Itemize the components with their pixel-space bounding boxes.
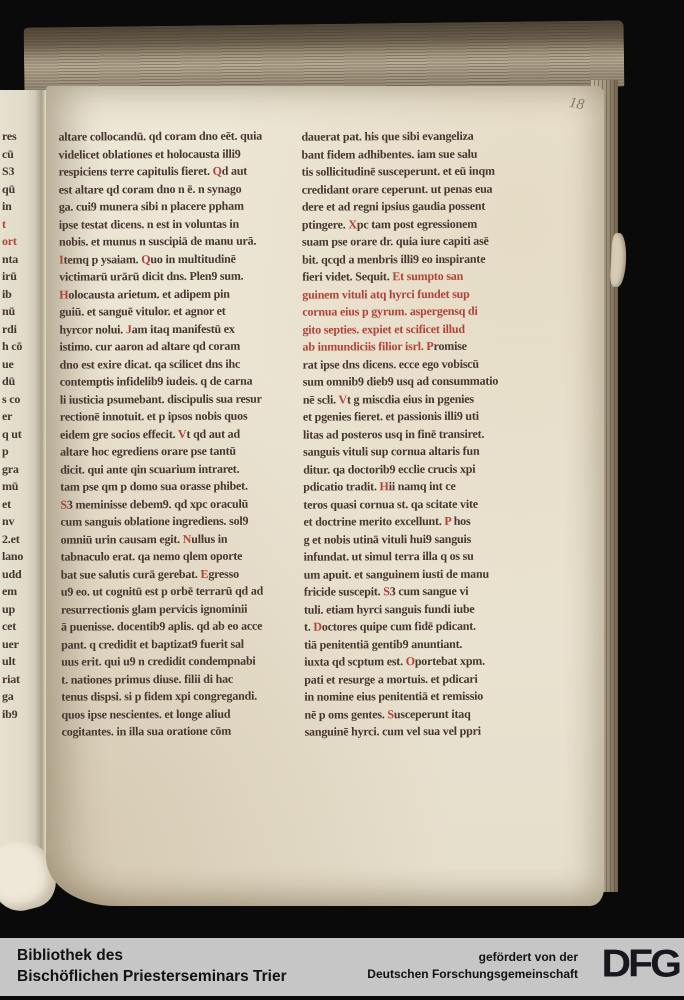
- manuscript-line: u9 eo. ut cognitū est p orbē terrarū qd …: [61, 582, 303, 601]
- manuscript-line: altare collocandū. qd coram dno eēt. qui…: [58, 127, 300, 146]
- manuscript-line: sanguinē hyrci. cum vel sua vel ppri: [305, 722, 561, 741]
- manuscript-line: iuxta qd scptum est. Oportebat xpm.: [304, 652, 560, 671]
- gutter-fragment: et: [2, 496, 23, 514]
- manuscript-line: dere et ad regni ipsius gaudia possent: [302, 197, 558, 216]
- manuscript-line: cornua eius p gyrum. aspergensq di: [302, 302, 558, 321]
- manuscript-line: dauerat pat. his que sibi evangeliza: [301, 127, 557, 146]
- gutter-fragment: nū: [2, 303, 23, 321]
- gutter-fragment: S3: [2, 163, 23, 181]
- manuscript-line: guiū. et sanguē vitulor. et agnor et: [59, 302, 301, 321]
- gutter-fragment: ib: [2, 286, 23, 304]
- gutter-fragment: lano: [2, 548, 23, 566]
- manuscript-line: tuli. etiam hyrci sanguis fundi iube: [304, 600, 560, 619]
- manuscript-line: in nomine eius penitentiā et remissio: [304, 687, 560, 706]
- gutter-fragment: p: [2, 443, 23, 461]
- manuscript-line: ga. cui9 munera sibi n placere ppham: [59, 197, 301, 216]
- manuscript-line: uus erit. qui u9 n credidit condempnabi: [61, 652, 303, 671]
- manuscript-line: nē p oms gentes. Susceperunt itaq: [304, 705, 560, 724]
- manuscript-line: hyrcor nolui. Jam itaq manifestū ex: [59, 320, 301, 339]
- funding-credit: gefördert von der Deutschen Forschungsge…: [367, 949, 578, 982]
- gutter-fragment: 2.et: [2, 531, 23, 549]
- text-column-left: altare collocandū. qd coram dno eēt. qui…: [58, 127, 303, 741]
- manuscript-line: um apuit. et sanguinem iusti de manu: [304, 565, 560, 584]
- gutter-fragment: nv: [2, 513, 23, 531]
- manuscript-line: quos ipse nescientes. et longe aliud: [61, 705, 303, 724]
- manuscript-line: t. nationes primus diuse. filii di hac: [61, 670, 303, 689]
- dfg-logo: DFG: [601, 941, 679, 986]
- gutter-pages: rescūS3qūintortntairūibnūrdih cōuedūs co…: [0, 90, 52, 874]
- gutter-fragment: em: [2, 583, 23, 601]
- manuscript-line: omniū urin causam egit. Nullus in: [61, 530, 303, 549]
- manuscript-line: sum omnib9 dieb9 usq ad consummatio: [303, 372, 559, 391]
- library-line1: Bibliothek des: [17, 945, 287, 966]
- manuscript-line: infundat. ut simul terra illa q os su: [304, 547, 560, 566]
- gutter-fragment: ga: [2, 688, 23, 706]
- gutter-fragment: h cō: [2, 338, 23, 356]
- manuscript-line: fricide suscepit. S3 cum sangue vi: [304, 582, 560, 601]
- gutter-fragment: s co: [2, 391, 23, 409]
- gutter-fragment: rdi: [2, 321, 23, 339]
- manuscript-line: suam pse orare dr. quia iure capiti asē: [302, 232, 558, 251]
- manuscript-line: istimo. cur aaron ad altare qd coram: [59, 337, 301, 356]
- manuscript-line: sanguis vituli sup cornua altaris fun: [303, 442, 559, 461]
- manuscript-line: tis sollicitudinē susceperunt. et eū inq…: [302, 162, 558, 181]
- gutter-fragment: er: [2, 408, 23, 426]
- manuscript-line: est altare qd coram dno n ē. n synago: [59, 180, 301, 199]
- manuscript-line: nobis. et munus n suscipiā de manu urā.: [59, 232, 301, 251]
- book-top-edge: [24, 20, 625, 93]
- manuscript-line: pati et resurge a mortuis. et pdicari: [304, 670, 560, 689]
- manuscript-line: dno est exire dicat. qa scilicet dns ihc: [60, 355, 302, 374]
- gutter-fragment: ib9: [2, 706, 23, 724]
- manuscript-line: ipse testat dicens. n est in voluntas in: [59, 215, 301, 234]
- funding-line1: gefördert von der: [367, 949, 578, 966]
- gutter-fragment: ult: [2, 653, 23, 671]
- manuscript-line: g et nobis utinā vituli hui9 sanguis: [304, 530, 560, 549]
- gutter-fragment: nta: [2, 251, 23, 269]
- manuscript-line: li iusticia psumebant. discipulis sua re…: [60, 390, 302, 409]
- manuscript-line: teros quasi cornua st. qa scitate vite: [303, 495, 559, 514]
- manuscript-line: t. Doctores quipe cum fidē pdicant.: [304, 617, 560, 636]
- manuscript-line: Holocausta arietum. et adipem pin: [59, 285, 301, 304]
- manuscript-line: tiā penitentiā gentib9 anuntiant.: [304, 635, 560, 654]
- manuscript-page: 18 altare collocandū. qd coram dno eēt. …: [46, 86, 604, 906]
- manuscript-line: cum sanguis oblatione ingrediens. sol9: [60, 512, 302, 531]
- gutter-fragment: ue: [2, 356, 23, 374]
- manuscript-line: et doctrine merito excellunt. P hos: [303, 512, 559, 531]
- gutter-fragment: dū: [2, 373, 23, 391]
- gutter-fragment: gra: [2, 461, 23, 479]
- manuscript-line: gito septies. expiet et scificet illud: [302, 320, 558, 339]
- manuscript-line: fieri videt. Sequit. Et sumpto san: [302, 267, 558, 286]
- gutter-fragment: up: [2, 601, 23, 619]
- manuscript-line: cogitantes. in illa sua oratione cōm: [62, 722, 304, 741]
- manuscript-line: tenus dispsi. si p fidem xpi congregandi…: [61, 687, 303, 706]
- manuscript-line: pdicatio tradit. Hii namq int ce: [303, 477, 559, 496]
- manuscript-line: ab inmundiciis filior isrl. Promise: [302, 337, 558, 356]
- gutter-fragment: mū: [2, 478, 23, 496]
- footer-banner: Bibliothek des Bischöflichen Priestersem…: [0, 938, 684, 996]
- manuscript-line: altare hoc egrediens orare pse tantū: [60, 442, 302, 461]
- gutter-fragment: cet: [2, 618, 23, 636]
- gutter-fragment: ort: [2, 233, 23, 251]
- manuscript-line: ditur. qa doctorib9 ecclie crucis xpi: [303, 460, 559, 479]
- manuscript-scan: rescūS3qūintortntairūibnūrdih cōuedūs co…: [0, 0, 684, 1000]
- gutter-fragment: cū: [2, 146, 23, 164]
- manuscript-line: videlicet oblationes et holocausta illi9: [58, 145, 300, 164]
- library-line2: Bischöflichen Priesterseminars Trier: [17, 966, 287, 987]
- manuscript-line: guinem vituli atq hyrci fundet sup: [302, 285, 558, 304]
- gutter-fragment: udd: [2, 566, 23, 584]
- manuscript-line: nē scli. Vt g miscdia eius in pgenies: [303, 390, 559, 409]
- parchment-tab: [610, 233, 628, 288]
- gutter-fragment: riat: [2, 671, 23, 689]
- gutter-fragment: t: [2, 216, 23, 234]
- library-name: Bibliothek des Bischöflichen Priestersem…: [17, 945, 287, 987]
- manuscript-line: tam pse qm p domo sua orasse phibet.: [60, 477, 302, 496]
- gutter-fragment: qū: [2, 181, 23, 199]
- manuscript-line: S3 meminisse debem9. qd xpc oraculū: [60, 495, 302, 514]
- manuscript-line: ā puenisse. docentib9 aplis. qd ab eo ac…: [61, 617, 303, 636]
- gutter-fragment: uer: [2, 636, 23, 654]
- page-number: 18: [568, 95, 586, 114]
- manuscript-line: litas ad posteros usq in finē transiret.: [303, 425, 559, 444]
- text-column-right: dauerat pat. his que sibi evangelizabant…: [301, 127, 560, 741]
- manuscript-line: ptingere. Xpc tam post egressionem: [302, 215, 558, 234]
- gutter-fragment: res: [2, 128, 23, 146]
- gutter-fragment: irū: [2, 268, 23, 286]
- manuscript-line: resurrectionis glam pervicis ignominii: [61, 600, 303, 619]
- manuscript-line: eidem gre socios effecit. Vt qd aut ad: [60, 425, 302, 444]
- gutter-fragments: rescūS3qūintortntairūibnūrdih cōuedūs co…: [2, 128, 23, 723]
- manuscript-line: bant fidem adhibentes. iam sue salu: [301, 145, 557, 164]
- manuscript-line: contemptis infidelib9 iudeis. q de carna: [60, 372, 302, 391]
- gutter-fragment: q ut: [2, 426, 23, 444]
- manuscript-line: et pgenies fieret. et passionis illi9 ut…: [303, 407, 559, 426]
- gutter-fragment: in: [2, 198, 23, 216]
- manuscript-line: tabnaculo erat. qa nemo qlem oporte: [61, 547, 303, 566]
- manuscript-line: victimarū urārū dicit dns. Plen9 sum.: [59, 267, 301, 286]
- manuscript-line: credidant orare ceperunt. ut penas eua: [302, 180, 558, 199]
- manuscript-line: pant. q credidit et baptizat9 fuerit sal: [61, 635, 303, 654]
- manuscript-line: bit. qcqd a menbris illi9 eo inspirante: [302, 250, 558, 269]
- manuscript-line: Itemq p ysaiam. Quo in multitudinē: [59, 250, 301, 269]
- manuscript-line: respiciens terre capitulis fieret. Qd au…: [59, 162, 301, 181]
- manuscript-line: dicit. qui ante qin scuarium intraret.: [60, 460, 302, 479]
- manuscript-line: bat sue salutis curā gerebat. Egresso: [61, 565, 303, 584]
- manuscript-line: rectionē innotuit. et p ipsos nobis quos: [60, 407, 302, 426]
- funding-line2: Deutschen Forschungsgemeinschaft: [367, 966, 578, 983]
- manuscript-line: rat ipse dns dicens. ecce ego vobiscū: [303, 355, 559, 374]
